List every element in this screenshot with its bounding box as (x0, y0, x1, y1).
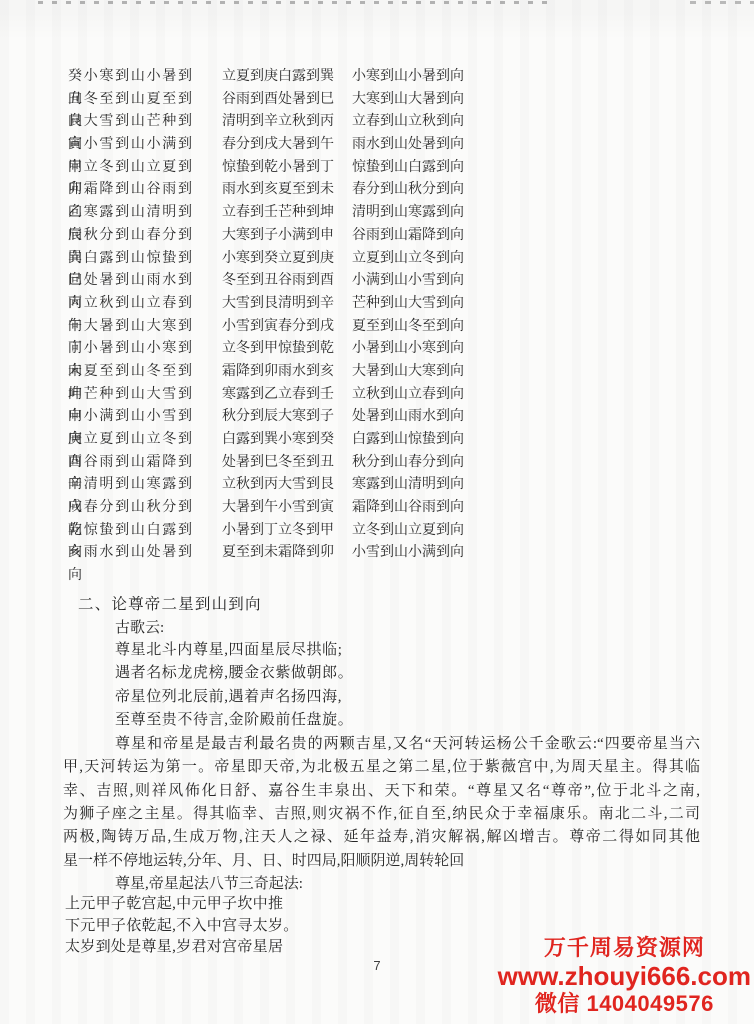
poem-line: 帝星位列北辰前,遇着声名扬四海, (115, 686, 353, 709)
table-cell-c2: 白露到巽小寒到癸 (222, 429, 334, 452)
table-row: 寅小雪到山小满到向春分到戌大暑到午雨水到山处暑到向 (0, 134, 754, 157)
table-row: 未夏至到山冬至到向霜降到卯雨水到亥大暑到山大寒到向 (0, 361, 754, 384)
table-cell-c2: 立秋到丙大雪到艮 (222, 474, 334, 497)
table-cell-c3: 雨水到山处暑到向 (352, 134, 464, 157)
table-cell-c2: 寒露到乙立春到壬 (222, 384, 334, 407)
table-cell-c3: 惊蛰到山白露到向 (352, 157, 464, 180)
table-cell-c3: 小满到山小雪到向 (352, 270, 464, 293)
table-row: 丑冬至到山夏至到向谷雨到酉处暑到巳大寒到山大暑到向 (0, 89, 754, 112)
table-cell-c2: 惊蛰到乾小暑到丁 (222, 157, 334, 180)
paragraph-line: 尊星和帝星是最吉利最名贵的两颗吉星,又名“天河转运杨公千金歌云:“四要帝星当六 (63, 733, 700, 756)
formula-intro: 尊星,帝星起法八节三奇起法: (115, 872, 303, 893)
table-cell-c3: 秋分到山春分到向 (352, 452, 464, 475)
table-cell-c2: 夏至到未霜降到卯 (222, 542, 334, 565)
table-cell-c2: 大暑到午小雪到寅 (222, 497, 334, 520)
table-row: 午大暑到山大寒到向小雪到寅春分到戌夏至到山冬至到向 (0, 316, 754, 339)
table-cell-c2: 谷雨到酉处暑到巳 (222, 89, 334, 112)
table-cell-c3: 大暑到山大寒到向 (352, 361, 464, 384)
table-cell-c3: 立冬到山立夏到向 (352, 520, 464, 543)
table-row: 乙寒露到山清明到向立春到壬芒种到坤清明到山寒露到向 (0, 202, 754, 225)
table-row: 酉谷雨到山霜降到向处暑到巳冬至到丑秋分到山春分到向 (0, 452, 754, 475)
table-row: 卯霜降到山谷雨到向雨水到亥夏至到未春分到山秋分到向 (0, 179, 754, 202)
table-cell-c2: 立夏到庚白露到巽 (222, 66, 334, 89)
section-heading: 二、论尊帝二星到山到向 (78, 592, 262, 614)
table-cell-c2: 霜降到卯雨水到亥 (222, 361, 334, 384)
poem-intro: 古歌云: (115, 616, 164, 637)
formula-line: 下元甲子依乾起,不入中宫寻太岁。 (65, 916, 299, 938)
table-cell-c3: 夏至到山冬至到向 (352, 316, 464, 339)
table-cell-c3: 大寒到山大暑到向 (352, 89, 464, 112)
formula-verse: 上元甲子乾宫起,中元甲子坎中推下元甲子依乾起,不入中宫寻太岁。太岁到处是尊星,岁… (65, 894, 299, 959)
page-top-scan-artifact (38, 1, 553, 4)
table-row: 甲立冬到山立夏到向惊蛰到乾小暑到丁惊蛰到山白露到向 (0, 157, 754, 180)
table-cell-c3: 霜降到山谷雨到向 (352, 497, 464, 520)
table-row: 艮大雪到山芒种到向清明到辛立秋到丙立春到山立秋到向 (0, 111, 754, 134)
formula-line: 上元甲子乾宫起,中元甲子坎中推 (65, 894, 299, 916)
table-row: 辰秋分到山春分到向大寒到子小满到申谷雨到山霜降到向 (0, 225, 754, 248)
table-cell-c3: 立春到山立秋到向 (352, 111, 464, 134)
watermark-wechat: 微信 1404049576 (498, 991, 751, 1017)
table-cell-c2: 雨水到亥夏至到未 (222, 179, 334, 202)
table-cell-c3: 芒种到山大雪到向 (352, 293, 464, 316)
ancient-poem: 尊星北斗内尊星,四面星辰尽拱临;遇者名标龙虎榜,腰金衣紫做朝郎。帝星位列北辰前,… (115, 639, 353, 732)
poem-line: 至尊至贵不待言,金阶殿前任盘旋。 (115, 709, 353, 732)
body-paragraph: 尊星和帝星是最吉利最名贵的两颗吉星,又名“天河转运杨公千金歌云:“四要帝星当六甲… (63, 733, 700, 873)
table-row: 巳处暑到山雨水到向冬至到丑谷雨到酉小满到山小雪到向 (0, 270, 754, 293)
table-cell-c3: 立夏到山立冬到向 (352, 248, 464, 271)
paragraph-line: 为狮子座之主星。得其临幸、吉照,则灾祸不作,征自至,纳民众于幸福康乐。南北二斗,… (63, 803, 700, 826)
table-cell-c3: 小寒到山小暑到向 (352, 66, 464, 89)
table-cell-c3: 寒露到山清明到向 (352, 474, 464, 497)
table-row: 丁小暑到山小寒到向立冬到甲惊蛰到乾小暑到山小寒到向 (0, 338, 754, 361)
table-cell-c3: 春分到山秋分到向 (352, 179, 464, 202)
table-cell-c3: 处暑到山雨水到向 (352, 406, 464, 429)
table-cell-c3: 清明到山寒露到向 (352, 202, 464, 225)
paragraph-line: 星一样不停地运转,分年、月、日、时四局,阳顺阴逆,周转轮回 (63, 850, 700, 873)
table-cell-c2: 小寒到癸立夏到庚 (222, 248, 334, 271)
page-top-scan-artifact-right (690, 1, 754, 4)
table-cell-c2: 清明到辛立秋到丙 (222, 111, 334, 134)
table-cell-c2: 大雪到艮清明到辛 (222, 293, 334, 316)
table-row: 戌春分到山秋分到向大暑到午小雪到寅霜降到山谷雨到向 (0, 497, 754, 520)
poem-line: 遇者名标龙虎榜,腰金衣紫做朝郎。 (115, 662, 353, 685)
table-cell-c1: 亥雨水到山处暑到向 (68, 542, 192, 587)
table-cell-c3: 白露到山惊蛰到向 (352, 429, 464, 452)
table-cell-c2: 春分到戌大暑到午 (222, 134, 334, 157)
watermark-url: www.zhouyi666.com (498, 961, 751, 991)
table-cell-c2: 立冬到甲惊蛰到乾 (222, 338, 334, 361)
table-cell-c3: 小暑到山小寒到向 (352, 338, 464, 361)
paragraph-line: 两极,陶铸万品,生成万物,注天人之禄、延年益寿,消灾解祸,解凶增吉。尊帝二得如同… (63, 826, 700, 849)
table-cell-c2: 小雪到寅春分到戌 (222, 316, 334, 339)
poem-line: 尊星北斗内尊星,四面星辰尽拱临; (115, 639, 353, 662)
paragraph-line: 甲,天河转运为第一。帝星即天帝,为北极五星之第二星,位于紫薇宫中,为周天星主。得… (63, 756, 700, 779)
table-cell-c2: 处暑到巳冬至到丑 (222, 452, 334, 475)
table-cell-c2: 小暑到丁立冬到甲 (222, 520, 334, 543)
table-cell-c2: 立春到壬芒种到坤 (222, 202, 334, 225)
table-row: 亥雨水到山处暑到向夏至到未霜降到卯小雪到山小满到向 (0, 542, 754, 565)
table-row: 辛清明到山寒露到向立秋到丙大雪到艮寒露到山清明到向 (0, 474, 754, 497)
table-row: 坤芒种到山大雪到向寒露到乙立春到壬立秋到山立春到向 (0, 384, 754, 407)
mountain-direction-table: 癸小寒到山小暑到向立夏到庚白露到巽小寒到山小暑到向丑冬至到山夏至到向谷雨到酉处暑… (0, 66, 754, 565)
watermark-site-name: 万千周易资源网 (498, 935, 751, 961)
table-cell-c3: 谷雨到山霜降到向 (352, 225, 464, 248)
watermark: 万千周易资源网 www.zhouyi666.com 微信 1404049576 (498, 935, 751, 1017)
table-row: 庚立夏到山立冬到向白露到巽小寒到癸白露到山惊蛰到向 (0, 429, 754, 452)
table-row: 癸小寒到山小暑到向立夏到庚白露到巽小寒到山小暑到向 (0, 66, 754, 89)
table-cell-c3: 小雪到山小满到向 (352, 542, 464, 565)
table-cell-c2: 大寒到子小满到申 (222, 225, 334, 248)
table-row: 丙立秋到山立春到向大雪到艮清明到辛芒种到山大雪到向 (0, 293, 754, 316)
scanned-book-page: 癸小寒到山小暑到向立夏到庚白露到巽小寒到山小暑到向丑冬至到山夏至到向谷雨到酉处暑… (0, 0, 754, 1024)
table-row: 乾惊蛰到山白露到向小暑到丁立冬到甲立冬到山立夏到向 (0, 520, 754, 543)
table-row: 申小满到山小雪到向秋分到辰大寒到子处暑到山雨水到向 (0, 406, 754, 429)
table-cell-c2: 秋分到辰大寒到子 (222, 406, 334, 429)
table-row: 巽白露到山惊蛰到向小寒到癸立夏到庚立夏到山立冬到向 (0, 248, 754, 271)
table-cell-c3: 立秋到山立春到向 (352, 384, 464, 407)
table-cell-c2: 冬至到丑谷雨到酉 (222, 270, 334, 293)
formula-line: 太岁到处是尊星,岁君对宫帝星居 (65, 937, 299, 959)
paragraph-line: 幸、吉照,则祥风佈化日舒、嘉谷生丰泉出、天下和荣。“尊星又名“尊帝”,位于北斗之… (63, 780, 700, 803)
